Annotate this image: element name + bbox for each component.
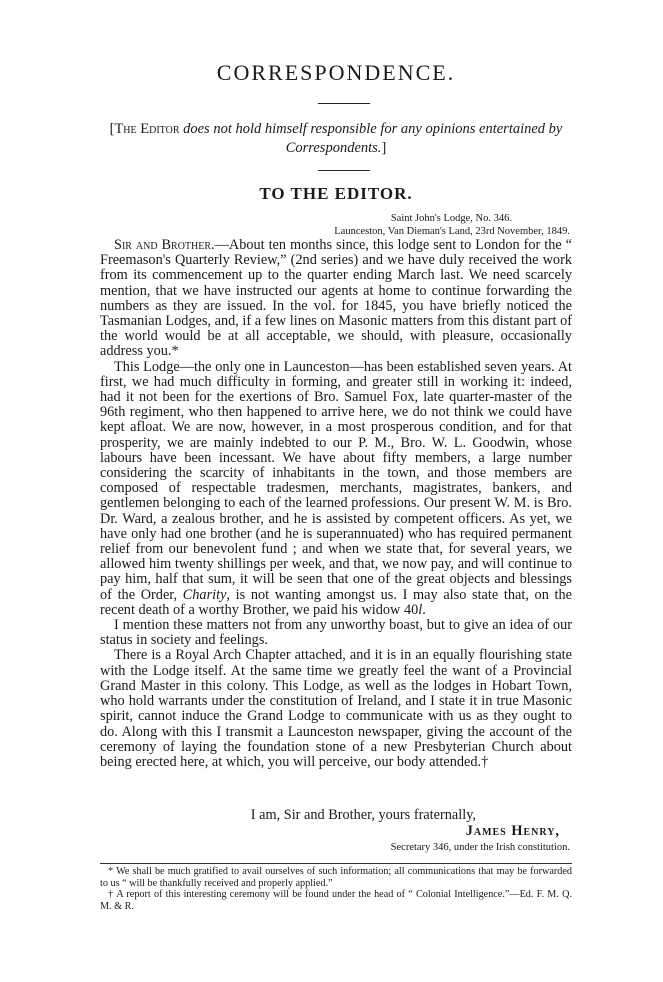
paragraph: There is a Royal Arch Chapter attached, … xyxy=(100,648,572,770)
editor-disclaimer: [The Editor does not hold himself respon… xyxy=(100,120,572,158)
disclaimer-suffix: ] xyxy=(381,140,386,156)
divider-rule xyxy=(318,170,370,171)
paragraph: I mention these matters not from any unw… xyxy=(100,618,572,648)
signature-title: Secretary 346, under the Irish constitut… xyxy=(100,840,572,856)
salutation: Sir and Brother. xyxy=(114,237,215,253)
paragraph-text: This Lodge—the only one in Launceston—ha… xyxy=(100,359,572,603)
disclaimer-text: does not hold himself responsible for an… xyxy=(183,121,562,156)
letter-body: Sir and Brother.—About ten months since,… xyxy=(100,238,572,770)
footnotes: * We shall be much gratified to avail ou… xyxy=(100,866,572,912)
address-lodge: Saint John's Lodge, No. 346. xyxy=(334,212,512,225)
footnote: * We shall be much gratified to avail ou… xyxy=(100,866,572,889)
letter-heading: TO THE EDITOR. xyxy=(100,184,572,204)
paragraph-text: There is a Royal Arch Chapter attached, … xyxy=(100,647,572,769)
footnote-divider xyxy=(100,863,572,864)
paragraph: Sir and Brother.—About ten months since,… xyxy=(100,238,572,360)
signature: James Henry, xyxy=(100,824,572,840)
paragraph-text: —About ten months since, this lodge sent… xyxy=(100,237,572,359)
valediction: I am, Sir and Brother, yours fraternally… xyxy=(100,808,572,824)
divider-rule xyxy=(318,103,370,104)
paragraph-text: I mention these matters not from any unw… xyxy=(100,617,572,648)
footnote: † A report of this interesting ceremony … xyxy=(100,889,572,912)
letter-closing: I am, Sir and Brother, yours fraternally… xyxy=(100,808,572,856)
disclaimer-prefix: [The Editor xyxy=(110,121,180,137)
paragraph: This Lodge—the only one in Launceston—ha… xyxy=(100,360,572,618)
paragraph-text: . xyxy=(422,602,426,618)
letter-address: Saint John's Lodge, No. 346. Launceston,… xyxy=(334,212,570,238)
emphasis-charity: Charity xyxy=(183,587,227,603)
page-title: CORRESPONDENCE. xyxy=(100,60,572,86)
